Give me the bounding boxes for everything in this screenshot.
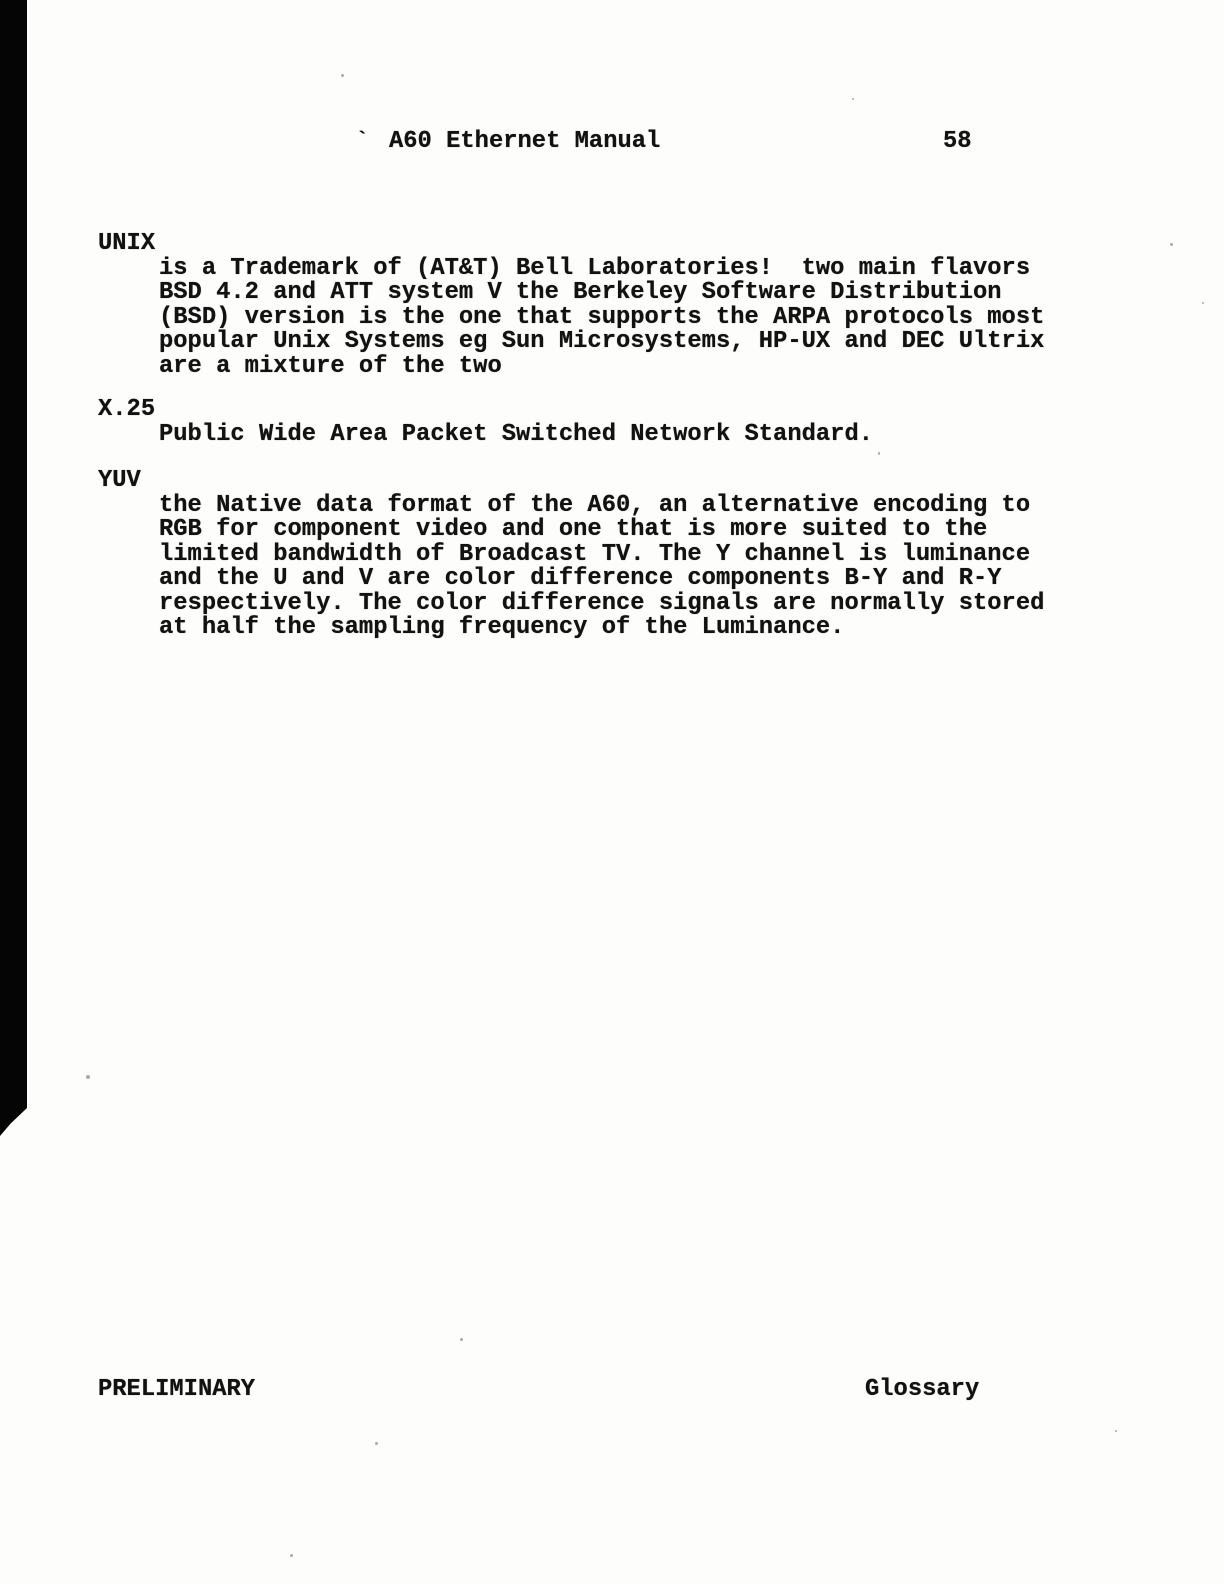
noise-speck xyxy=(878,452,880,455)
glossary-entry-unix: UNIX is a Trademark of (AT&T) Bell Labor… xyxy=(98,232,1198,379)
glossary-entry-x25: X.25 Public Wide Area Packet Switched Ne… xyxy=(98,398,1198,447)
page-title: A60 Ethernet Manual xyxy=(389,130,660,155)
noise-speck xyxy=(1202,302,1204,304)
noise-speck xyxy=(852,98,854,100)
noise-speck xyxy=(375,1442,378,1445)
noise-speck xyxy=(460,1338,463,1341)
stray-tick-mark: ` xyxy=(356,130,369,155)
glossary-definition: Public Wide Area Packet Switched Network… xyxy=(98,423,1198,448)
scan-artifact-bar xyxy=(0,0,27,1108)
page-number: 58 xyxy=(943,130,972,155)
noise-speck xyxy=(290,1554,293,1557)
scanned-manual-page: ` A60 Ethernet Manual 58 UNIX is a Trade… xyxy=(0,0,1224,1584)
footer-section-label: Glossary xyxy=(865,1378,979,1403)
glossary-definition: the Native data format of the A60, an al… xyxy=(98,494,1198,641)
noise-speck xyxy=(1170,243,1173,246)
noise-speck xyxy=(1115,1430,1117,1432)
scan-artifact-bar-tail xyxy=(0,1108,27,1136)
glossary-term: X.25 xyxy=(98,398,1198,423)
footer-status-label: PRELIMINARY xyxy=(98,1378,255,1403)
glossary-definition: is a Trademark of (AT&T) Bell Laboratori… xyxy=(98,257,1198,380)
glossary-term: UNIX xyxy=(98,232,1198,257)
noise-speck xyxy=(341,74,344,77)
glossary-term: YUV xyxy=(98,469,1198,494)
glossary-entry-yuv: YUV the Native data format of the A60, a… xyxy=(98,469,1198,641)
noise-speck xyxy=(86,1075,90,1079)
page-header: ` A60 Ethernet Manual 58 xyxy=(0,130,1224,156)
page-footer: PRELIMINARY Glossary xyxy=(0,1378,1224,1404)
